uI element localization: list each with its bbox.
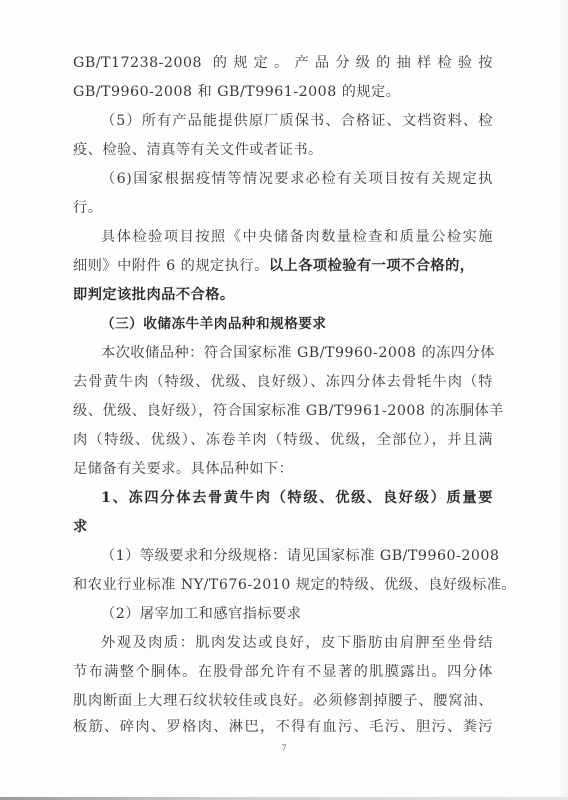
- text-line: 外观及肉质：肌肉发达或良好，皮下脂肪由肩胛至坐骨结: [101, 633, 493, 653]
- text-line: 去骨黄牛肉（特级、优级、良好级）、冻四分体去骨牦牛肉（特: [73, 372, 493, 392]
- text-line: 本次收储品种：符合国家标准 GB/T9960-2008 的冻四分体: [101, 343, 493, 363]
- bold-text-span: 以上各项检验有一项不合格的，: [269, 258, 475, 274]
- text-line: （6)国家根据疫情等情况要求必检有关项目按有关规定执: [101, 169, 493, 189]
- section-heading: （三）收储冻牛羊肉品种和规格要求: [101, 314, 521, 334]
- text-line: GB/T17238-2008 的规定。产品分级的抽样检验按: [73, 53, 493, 73]
- page-number: 7: [0, 743, 568, 753]
- text-line-bold: 即判定该批肉品不合格。: [73, 285, 493, 305]
- text-line: 肌肉断面上大理石纹状较佳或良好。必须修割掉腰子、腰窝油、: [73, 691, 493, 711]
- text-line: 行。: [73, 198, 493, 218]
- text-line: （1）等级要求和分级规格：请见国家标准 GB/T9960-2008: [101, 546, 493, 566]
- scan-edge-shadow: [558, 0, 568, 800]
- text-line: 具体检验项目按照《中央储备肉数量检查和质量公检实施: [101, 227, 493, 247]
- text-line: 肉（特级、优级）、冻卷羊肉（特级、优级，全部位），并且满: [73, 430, 493, 450]
- subsection-heading: 1、冻四分体去骨黄牛肉（特级、优级、良好级）质量要: [101, 488, 493, 508]
- text-line: 和农业行业标准 NY/T676-2010 规定的特级、优级、良好级标准。: [73, 575, 493, 595]
- text-line: （5）所有产品能提供原厂质保书、合格证、文档资料、检: [101, 111, 493, 131]
- text-line: 疫、检验、清真等有关文件或者证书。: [73, 140, 493, 160]
- text-span: 细则》中附件 6 的规定执行。: [73, 258, 269, 274]
- text-line: 足储备有关要求。具体品种如下：: [73, 459, 493, 479]
- text-line: 细则》中附件 6 的规定执行。以上各项检验有一项不合格的，: [73, 256, 493, 276]
- subsection-heading-cont: 求: [73, 517, 493, 537]
- text-line: （2）屠宰加工和感官指标要求: [101, 604, 493, 624]
- text-line: 级、优级、良好级），符合国家标准 GB/T9961-2008 的冻胴体羊: [73, 401, 493, 421]
- text-line: GB/T9960-2008 和 GB/T9961-2008 的规定。: [73, 82, 493, 102]
- document-page: GB/T17238-2008 的规定。产品分级的抽样检验按 GB/T9960-2…: [0, 0, 568, 800]
- text-line: 板筋、碎肉、罗格肉、淋巴，不得有血污、毛污、胆污、粪污: [73, 717, 493, 737]
- text-line: 节布满整个胴体。在股骨部允许有不显著的肌膜露出。四分体: [73, 662, 493, 682]
